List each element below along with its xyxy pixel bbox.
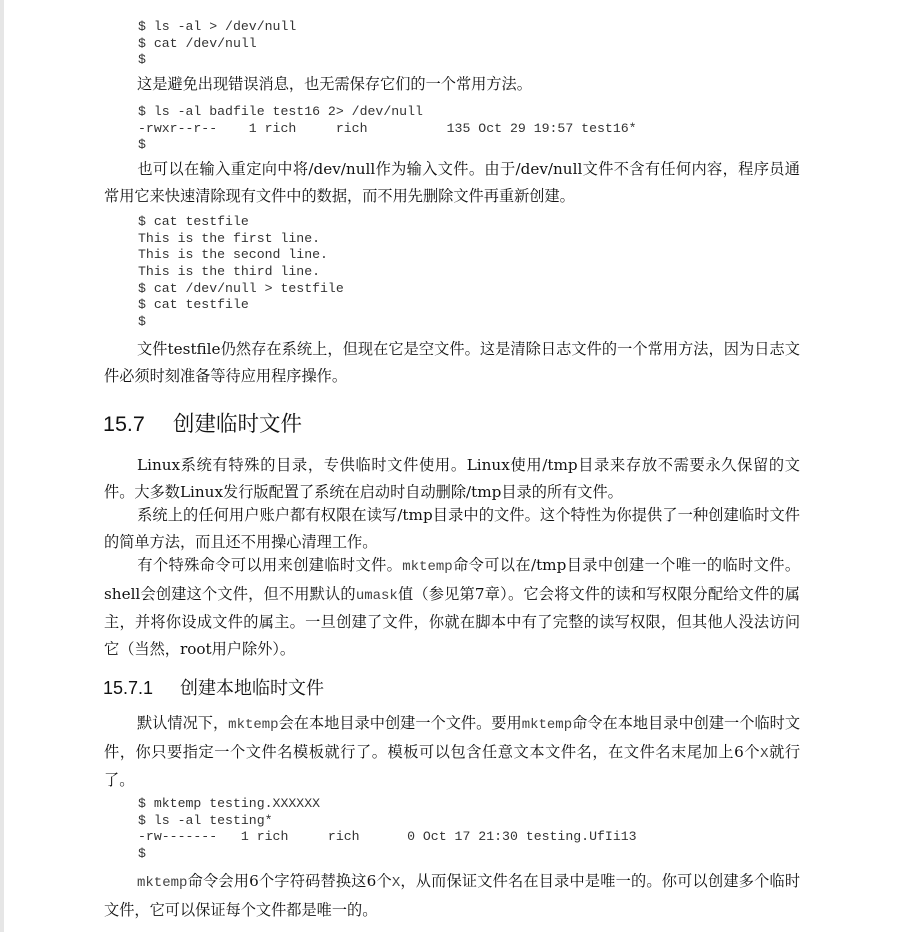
- text-run: 命令会用6个字符码替换这6个: [187, 872, 391, 890]
- paragraph-mktemp-local: 默认情况下，mktemp会在本地目录中创建一个文件。要用mktemp命令在本地目…: [104, 710, 800, 794]
- paragraph-text: 系统上的任何用户账户都有权限在读写/tmp目录中的文件。这个特性为你提供了一种创…: [104, 506, 800, 551]
- paragraph-text: 也可以在输入重定向中将/dev/null作为输入文件。由于/dev/null文件…: [104, 160, 800, 205]
- text-run: 有个特殊命令可以用来创建临时文件。: [137, 556, 402, 574]
- paragraph-text: Linux系统有特殊的目录，专供临时文件使用。Linux使用/tmp目录来存放不…: [104, 456, 800, 501]
- paragraph-tmp-permissions: 系统上的任何用户账户都有权限在读写/tmp目录中的文件。这个特性为你提供了一种创…: [104, 502, 800, 555]
- book-page: $ ls -al > /dev/null$ cat /dev/null$ 这是避…: [0, 0, 916, 932]
- inline-code-x: X: [760, 746, 768, 762]
- inline-code-mktemp: mktemp: [137, 875, 187, 891]
- paragraph-devnull-note: 这是避免出现错误消息，也无需保存它们的一个常用方法。: [104, 71, 800, 98]
- code-line: This is the third line.: [138, 264, 344, 281]
- code-line: $ cat testfile: [138, 214, 344, 231]
- code-block-stderr-redirect: $ ls -al badfile test16 2> /dev/null-rwx…: [138, 104, 637, 154]
- code-line: $ mktemp testing.XXXXXX: [138, 796, 637, 813]
- paragraph-text: 文件testfile仍然存在系统上，但现在它是空文件。这是清除日志文件的一个常用…: [104, 340, 800, 385]
- section-heading: 15.7创建临时文件: [103, 407, 302, 438]
- code-line: $ ls -al testing*: [138, 813, 637, 830]
- code-block-mktemp-example: $ mktemp testing.XXXXXX$ ls -al testing*…: [138, 796, 637, 863]
- text-run: 会在本地目录中创建一个文件。要用: [279, 714, 522, 732]
- code-line: $ ls -al badfile test16 2> /dev/null: [138, 104, 637, 121]
- code-line: $ cat /dev/null > testfile: [138, 281, 344, 298]
- code-line: $ cat testfile: [138, 297, 344, 314]
- code-line: -rwxr--r-- 1 rich rich 135 Oct 29 19:57 …: [138, 121, 637, 138]
- paragraph-mktemp-unique: mktemp命令会用6个字符码替换这6个X，从而保证文件名在目录中是唯一的。你可…: [104, 868, 800, 923]
- code-line: -rw------- 1 rich rich 0 Oct 17 21:30 te…: [138, 829, 637, 846]
- subsection-number: 15.7.1: [103, 678, 180, 699]
- inline-code-mktemp: mktemp: [228, 717, 278, 733]
- paragraph-tmp-directory: Linux系统有特殊的目录，专供临时文件使用。Linux使用/tmp目录来存放不…: [104, 452, 800, 505]
- code-line: $ ls -al > /dev/null: [138, 19, 296, 36]
- paragraph-text: 这是避免出现错误消息，也无需保存它们的一个常用方法。: [137, 75, 532, 93]
- code-line: $: [138, 846, 637, 863]
- paragraph-mktemp-intro: 有个特殊命令可以用来创建临时文件。mktemp命令可以在/tmp目录中创建一个唯…: [104, 552, 800, 662]
- code-line: $: [138, 137, 637, 154]
- paragraph-devnull-input: 也可以在输入重定向中将/dev/null作为输入文件。由于/dev/null文件…: [104, 156, 800, 209]
- code-line: This is the first line.: [138, 231, 344, 248]
- section-title: 创建临时文件: [173, 412, 302, 436]
- code-line: $: [138, 52, 296, 69]
- inline-code-x: X: [392, 875, 400, 891]
- code-line: $: [138, 314, 344, 331]
- code-line: This is the second line.: [138, 247, 344, 264]
- code-line: $ cat /dev/null: [138, 36, 296, 53]
- section-number: 15.7: [103, 412, 173, 437]
- subsection-heading: 15.7.1创建本地临时文件: [103, 674, 324, 700]
- inline-code-mktemp: mktemp: [522, 717, 572, 733]
- inline-code-umask: umask: [356, 588, 398, 604]
- text-run: 默认情况下，: [137, 714, 228, 732]
- code-block-devnull-output: $ ls -al > /dev/null$ cat /dev/null$: [138, 19, 296, 69]
- subsection-title: 创建本地临时文件: [180, 678, 324, 698]
- code-block-clear-testfile: $ cat testfileThis is the first line.Thi…: [138, 214, 344, 331]
- inline-code-mktemp: mktemp: [402, 559, 452, 575]
- paragraph-testfile-empty: 文件testfile仍然存在系统上，但现在它是空文件。这是清除日志文件的一个常用…: [104, 336, 800, 389]
